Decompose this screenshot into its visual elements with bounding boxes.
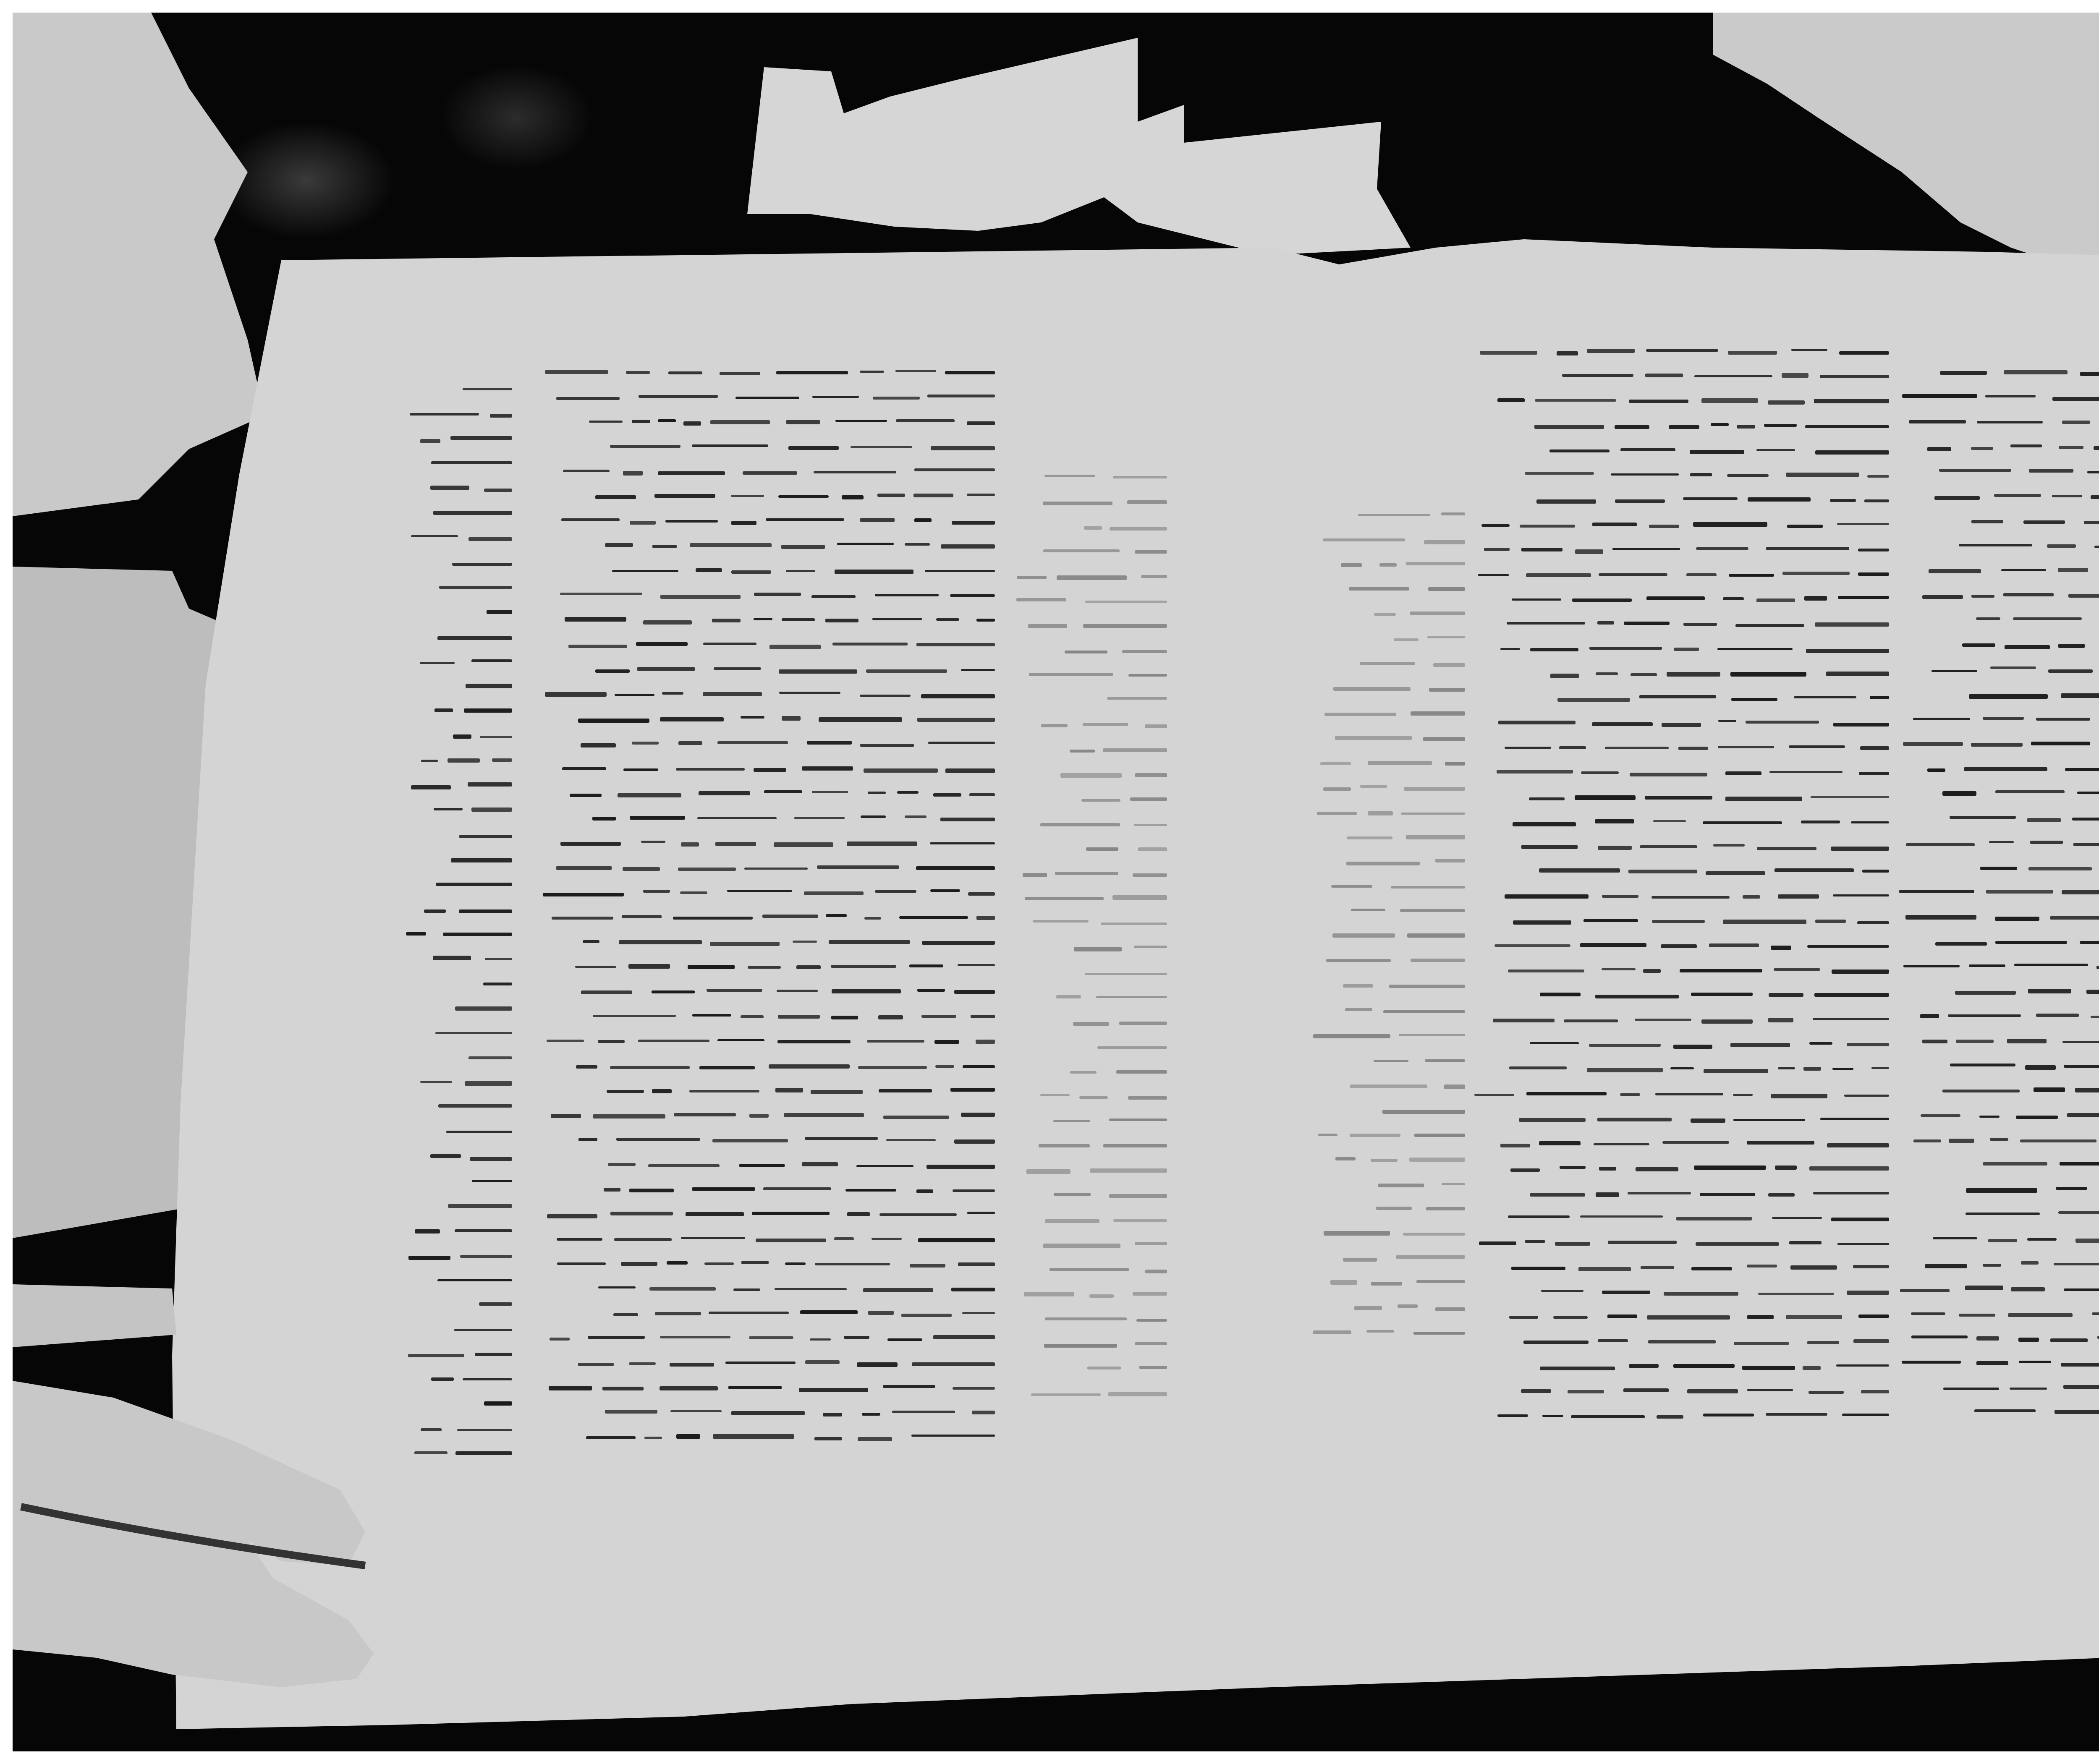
script-word	[1598, 846, 1632, 850]
script-word	[909, 964, 944, 967]
script-word	[1526, 573, 1591, 577]
script-word	[1358, 514, 1430, 516]
script-word	[1921, 1114, 1961, 1117]
script-word	[1986, 890, 2054, 894]
script-word	[2091, 1016, 2099, 1019]
script-word	[1757, 847, 1817, 850]
script-word	[1535, 399, 1616, 402]
script-word	[1861, 1390, 1889, 1394]
text-col-2	[542, 361, 995, 1450]
script-word	[927, 395, 995, 397]
script-word	[578, 1363, 614, 1366]
script-word	[1733, 1094, 1753, 1096]
torn-flap	[747, 38, 1411, 256]
script-word	[1025, 897, 1104, 900]
script-word	[459, 835, 512, 838]
script-word	[950, 594, 995, 597]
script-word	[2094, 446, 2099, 450]
script-word	[1718, 720, 1736, 722]
script-word	[578, 719, 649, 723]
script-word	[910, 1264, 945, 1267]
script-word	[933, 1335, 995, 1339]
script-word	[1649, 525, 1679, 528]
script-word	[958, 1262, 995, 1266]
script-word	[676, 768, 745, 771]
script-word	[408, 1354, 464, 1357]
script-word	[1683, 497, 1737, 500]
script-word	[1426, 1207, 1465, 1210]
script-word	[1980, 867, 2017, 870]
script-word	[1500, 1144, 1530, 1148]
script-word	[1107, 697, 1167, 700]
script-word	[1575, 795, 1636, 800]
script-word	[1820, 1118, 1889, 1120]
script-word	[1562, 374, 1633, 377]
script-word	[1768, 1193, 1795, 1196]
script-word	[1407, 933, 1465, 938]
script-word	[1830, 499, 1856, 502]
script-word	[602, 1387, 644, 1391]
script-word	[725, 1362, 795, 1364]
script-word	[1983, 1162, 2047, 1166]
script-word	[805, 1360, 840, 1364]
script-word	[1942, 791, 1976, 796]
script-word	[1433, 663, 1465, 666]
script-word	[1391, 886, 1465, 889]
script-word	[1133, 873, 1167, 877]
script-word	[710, 942, 780, 946]
script-word	[952, 521, 995, 525]
text-col-3	[1016, 466, 1167, 1407]
script-word	[1542, 1415, 1563, 1417]
script-word	[630, 816, 685, 820]
script-word	[424, 909, 446, 913]
script-word	[2064, 1065, 2099, 1068]
script-word	[935, 1065, 954, 1068]
script-word	[1673, 1364, 1735, 1368]
script-word	[1645, 374, 1683, 377]
script-word	[1690, 473, 1712, 476]
script-word	[415, 1229, 440, 1233]
script-word	[2048, 669, 2093, 673]
script-word	[692, 1014, 731, 1017]
script-word	[1651, 896, 1730, 899]
script-word	[878, 1015, 903, 1020]
script-word	[593, 1114, 665, 1119]
script-word	[674, 1113, 736, 1116]
script-word	[1782, 572, 1850, 575]
script-word	[1057, 575, 1127, 580]
script-word	[811, 1090, 863, 1094]
script-word	[1598, 1339, 1628, 1342]
script-word	[1737, 425, 1755, 428]
script-word	[1974, 1409, 2036, 1412]
script-word	[1673, 1045, 1712, 1049]
script-word	[1995, 917, 2039, 921]
script-word	[1690, 450, 1744, 455]
script-word	[1335, 1157, 1355, 1161]
script-word	[581, 743, 616, 747]
script-word	[638, 1040, 709, 1042]
script-word	[1085, 973, 1167, 975]
script-word	[1703, 1414, 1754, 1416]
script-word	[1939, 469, 2011, 472]
script-word	[863, 1288, 933, 1292]
script-word	[872, 1238, 902, 1240]
script-word	[1133, 1292, 1167, 1296]
script-word	[576, 1065, 597, 1069]
script-word	[1605, 747, 1669, 749]
script-word	[1909, 420, 1966, 423]
script-word	[1519, 1118, 1586, 1121]
script-word	[1378, 1184, 1424, 1187]
script-word	[598, 1040, 624, 1043]
script-word	[1587, 1068, 1663, 1072]
script-word	[1652, 920, 1705, 923]
photo-frame	[13, 13, 2099, 1751]
script-word	[2020, 1139, 2096, 1142]
script-word	[1646, 349, 1719, 352]
script-word	[2097, 1336, 2099, 1339]
script-word	[749, 1114, 768, 1118]
script-word	[1599, 1167, 1616, 1171]
left-lower-hand	[13, 1284, 176, 1347]
script-word	[782, 618, 815, 621]
script-word	[930, 889, 960, 891]
script-word	[492, 758, 512, 762]
script-word	[1940, 371, 1987, 375]
script-word	[1989, 841, 2014, 843]
script-word	[703, 692, 762, 697]
script-word	[636, 642, 688, 646]
script-word	[1971, 743, 2023, 747]
script-word	[1136, 1319, 1167, 1322]
script-word	[1905, 915, 1976, 920]
script-word	[826, 914, 847, 917]
script-word	[775, 1288, 847, 1290]
script-word	[829, 940, 910, 944]
script-word	[1943, 1388, 1999, 1390]
script-word	[1922, 1040, 1947, 1043]
script-word	[754, 618, 772, 621]
script-word	[1479, 1241, 1516, 1245]
script-word	[1399, 1034, 1465, 1036]
script-word	[431, 461, 512, 465]
script-word	[484, 489, 512, 492]
script-word	[867, 1040, 924, 1043]
script-word	[1789, 1241, 1822, 1244]
script-word	[1922, 595, 1963, 599]
script-word	[1509, 1066, 1567, 1069]
script-word	[676, 1434, 700, 1438]
script-word	[557, 1262, 606, 1265]
script-word	[899, 916, 968, 919]
script-word	[2062, 421, 2090, 424]
script-word	[1589, 1044, 1661, 1047]
script-word	[1103, 748, 1167, 752]
script-word	[1787, 525, 1822, 528]
script-word	[835, 570, 914, 574]
script-word	[605, 543, 633, 546]
script-word	[963, 1065, 995, 1068]
script-word	[610, 1212, 673, 1215]
script-word	[1507, 622, 1585, 625]
script-word	[455, 1451, 512, 1455]
script-word	[1768, 1018, 1794, 1022]
script-word	[837, 543, 894, 545]
script-word	[785, 1262, 806, 1265]
script-word	[632, 420, 650, 423]
script-word	[926, 1165, 995, 1169]
script-word	[433, 511, 512, 515]
script-word	[1040, 1094, 1070, 1096]
script-word	[1742, 1366, 1795, 1370]
script-word	[845, 1189, 896, 1192]
script-word	[781, 545, 825, 549]
script-word	[1371, 1282, 1402, 1286]
script-word	[1060, 773, 1122, 778]
script-word	[2064, 1288, 2099, 1291]
script-word	[1977, 421, 2043, 423]
script-word	[710, 420, 769, 424]
script-word	[692, 444, 769, 447]
script-word	[1326, 959, 1391, 962]
script-word	[1860, 746, 1889, 750]
script-word	[565, 617, 627, 621]
script-word	[480, 736, 512, 738]
script-word	[1747, 1141, 1814, 1144]
script-word	[623, 867, 660, 871]
script-word	[954, 1139, 995, 1144]
script-word	[2034, 1087, 2065, 1092]
script-word	[1079, 1096, 1108, 1099]
script-word	[1323, 787, 1351, 791]
script-word	[1097, 1046, 1167, 1048]
script-word	[1089, 1294, 1114, 1298]
script-word	[1962, 643, 1995, 647]
script-word	[2087, 471, 2099, 473]
script-word	[1520, 525, 1575, 528]
script-word	[1429, 688, 1465, 692]
script-word	[945, 768, 995, 773]
script-word	[1686, 573, 1717, 576]
script-word	[1756, 598, 1795, 602]
script-word	[976, 619, 995, 622]
script-word	[1323, 538, 1405, 541]
script-word	[1324, 1231, 1390, 1236]
script-word	[921, 1015, 956, 1018]
script-word	[610, 1066, 690, 1069]
script-word	[1347, 836, 1392, 839]
script-word	[1648, 1340, 1716, 1343]
script-word	[945, 371, 995, 374]
script-word	[1607, 1315, 1638, 1318]
script-word	[463, 388, 512, 390]
script-word	[2028, 867, 2092, 870]
script-word	[1350, 1134, 1400, 1137]
script-word	[1409, 1158, 1465, 1162]
script-word	[1836, 1364, 1889, 1367]
script-word	[1766, 1413, 1827, 1416]
script-word	[1870, 696, 1889, 699]
script-word	[1139, 1366, 1167, 1369]
script-word	[1766, 547, 1849, 551]
script-word	[1101, 923, 1167, 925]
script-word	[709, 1312, 789, 1315]
script-word	[1976, 1361, 2008, 1365]
script-word	[1497, 398, 1525, 402]
script-word	[2003, 593, 2053, 597]
script-word	[713, 1434, 794, 1439]
script-word	[643, 620, 692, 625]
script-word	[1813, 1192, 1889, 1194]
script-word	[1629, 400, 1689, 403]
script-word	[1108, 1392, 1167, 1396]
script-word	[883, 1116, 950, 1119]
script-word	[1595, 819, 1634, 823]
script-word	[1594, 1143, 1649, 1145]
script-word	[1678, 747, 1708, 750]
script-word	[775, 1088, 803, 1092]
script-word	[1536, 499, 1596, 504]
script-word	[1508, 1215, 1570, 1218]
script-word	[460, 1255, 512, 1258]
script-word	[595, 669, 629, 673]
script-word	[784, 1113, 864, 1117]
script-word	[1778, 894, 1819, 899]
script-word	[1513, 920, 1571, 925]
script-word	[1128, 1096, 1167, 1099]
script-word	[1376, 1207, 1412, 1210]
script-word	[1349, 587, 1409, 591]
script-word	[678, 741, 702, 745]
script-word	[860, 695, 911, 697]
script-word	[831, 1016, 858, 1020]
script-word	[962, 1312, 995, 1315]
script-word	[421, 1428, 442, 1431]
script-word	[2065, 768, 2099, 771]
script-word	[735, 397, 799, 399]
script-word	[1317, 812, 1357, 815]
script-word	[834, 1237, 854, 1241]
script-word	[972, 1411, 995, 1414]
script-word	[1135, 550, 1167, 554]
script-word	[1135, 1242, 1167, 1245]
script-word	[1747, 1265, 1777, 1267]
script-word	[1806, 649, 1889, 653]
script-word	[1557, 351, 1578, 355]
script-word	[1949, 1139, 1974, 1143]
script-word	[414, 1451, 448, 1454]
script-word	[612, 570, 678, 572]
script-word	[788, 446, 839, 449]
script-word	[1662, 1141, 1729, 1144]
script-word	[1706, 871, 1765, 875]
script-word	[800, 1310, 858, 1314]
script-word	[1371, 1159, 1398, 1162]
script-word	[560, 842, 621, 846]
script-word	[1016, 598, 1066, 601]
script-word	[976, 1040, 995, 1044]
script-word	[644, 1437, 662, 1439]
script-word	[545, 692, 607, 697]
script-word	[1602, 968, 1636, 970]
script-word	[819, 717, 902, 722]
script-word	[1040, 823, 1120, 826]
script-word	[936, 618, 959, 621]
script-word	[2080, 372, 2099, 376]
script-word	[1572, 598, 1632, 602]
script-word	[877, 494, 905, 497]
script-word	[2010, 1388, 2047, 1390]
script-word	[1041, 724, 1067, 728]
script-word	[1530, 1042, 1579, 1044]
script-word	[560, 593, 642, 595]
script-word	[812, 396, 859, 398]
script-word	[683, 421, 701, 426]
script-word	[741, 716, 764, 719]
script-word	[1871, 1067, 1889, 1069]
script-word	[1505, 894, 1589, 899]
script-word	[2018, 1338, 2039, 1342]
script-word	[1521, 548, 1563, 551]
script-word	[681, 1237, 745, 1239]
script-word	[2061, 1363, 2099, 1367]
script-word	[1581, 771, 1619, 774]
script-word	[1509, 1316, 1538, 1319]
script-word	[641, 841, 665, 843]
script-word	[1727, 474, 1769, 477]
script-word	[1109, 1194, 1167, 1198]
script-word	[1345, 1008, 1372, 1011]
script-word	[897, 791, 919, 794]
script-word	[1769, 771, 1842, 773]
script-word	[1589, 647, 1662, 650]
script-word	[688, 965, 735, 969]
script-word	[1995, 941, 2067, 943]
script-word	[589, 421, 623, 423]
script-word	[450, 436, 513, 439]
script-word	[1959, 544, 2032, 546]
script-word	[917, 718, 995, 722]
script-word	[1911, 1335, 1968, 1339]
script-word	[1820, 375, 1889, 379]
script-word	[2062, 1041, 2099, 1043]
script-word	[896, 419, 955, 423]
script-word	[2072, 818, 2099, 820]
script-word	[967, 421, 995, 425]
script-word	[1902, 394, 1977, 397]
script-word	[1441, 512, 1465, 515]
script-word	[1948, 1014, 2021, 1017]
script-word	[1135, 1342, 1167, 1345]
script-word	[1103, 1144, 1167, 1147]
script-word	[1575, 549, 1603, 554]
script-word	[2013, 617, 2081, 620]
script-word	[1669, 425, 1699, 429]
script-word	[2075, 1239, 2099, 1243]
script-word	[2084, 521, 2099, 524]
script-word	[1541, 1290, 1583, 1292]
script-word	[1756, 449, 1795, 452]
script-word	[1789, 745, 1845, 748]
script-word	[652, 1089, 672, 1093]
script-word	[607, 1090, 644, 1093]
script-word	[1024, 1292, 1074, 1296]
script-word	[2075, 1088, 2099, 1092]
script-word	[835, 420, 887, 422]
script-word	[1902, 1361, 1961, 1364]
